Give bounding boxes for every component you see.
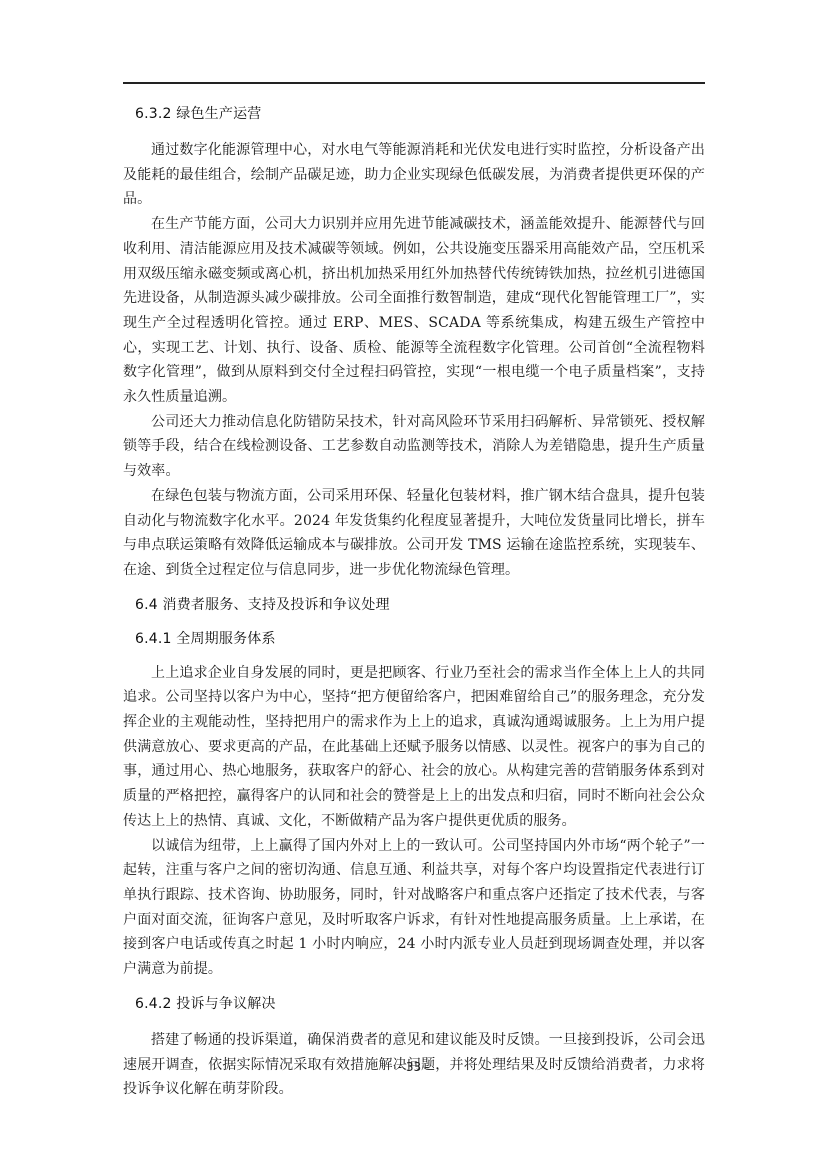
- section-heading-6-4: 6.4 消费者服务、支持及投诉和争议处理: [123, 593, 705, 617]
- paragraph: 公司还大力推动信息化防错防呆技术，针对高风险环节采用扫码解析、异常锁死、授权解锁…: [123, 410, 705, 484]
- section-heading-6-3-2: 6.3.2 绿色生产运营: [123, 102, 705, 126]
- section-heading-6-4-2: 6.4.2 投诉与争议解决: [123, 992, 705, 1016]
- paragraph: 在生产节能方面，公司大力识别并应用先进节能减碳技术，涵盖能效提升、能源替代与回收…: [123, 212, 705, 410]
- paragraph: 在绿色包装与物流方面，公司采用环保、轻量化包装材料，推广钢木结合盘具，提升包装自…: [123, 484, 705, 583]
- page-number: - 33 -: [0, 1060, 827, 1074]
- page-content: 6.3.2 绿色生产运营 通过数字化能源管理中心，对水电气等能源消耗和光伏发电进…: [123, 96, 705, 1102]
- paragraph: 上上追求企业自身发展的同时，更是把顾客、行业乃至社会的需求当作全体上上人的共同追…: [123, 661, 705, 834]
- paragraph: 通过数字化能源管理中心，对水电气等能源消耗和光伏发电进行实时监控，分析设备产出及…: [123, 138, 705, 212]
- header-rule: [123, 82, 705, 84]
- paragraph: 以诚信为纽带，上上赢得了国内外对上上的一致认可。公司坚持国内外市场“两个轮子”一…: [123, 834, 705, 982]
- section-heading-6-4-1: 6.4.1 全周期服务体系: [123, 627, 705, 651]
